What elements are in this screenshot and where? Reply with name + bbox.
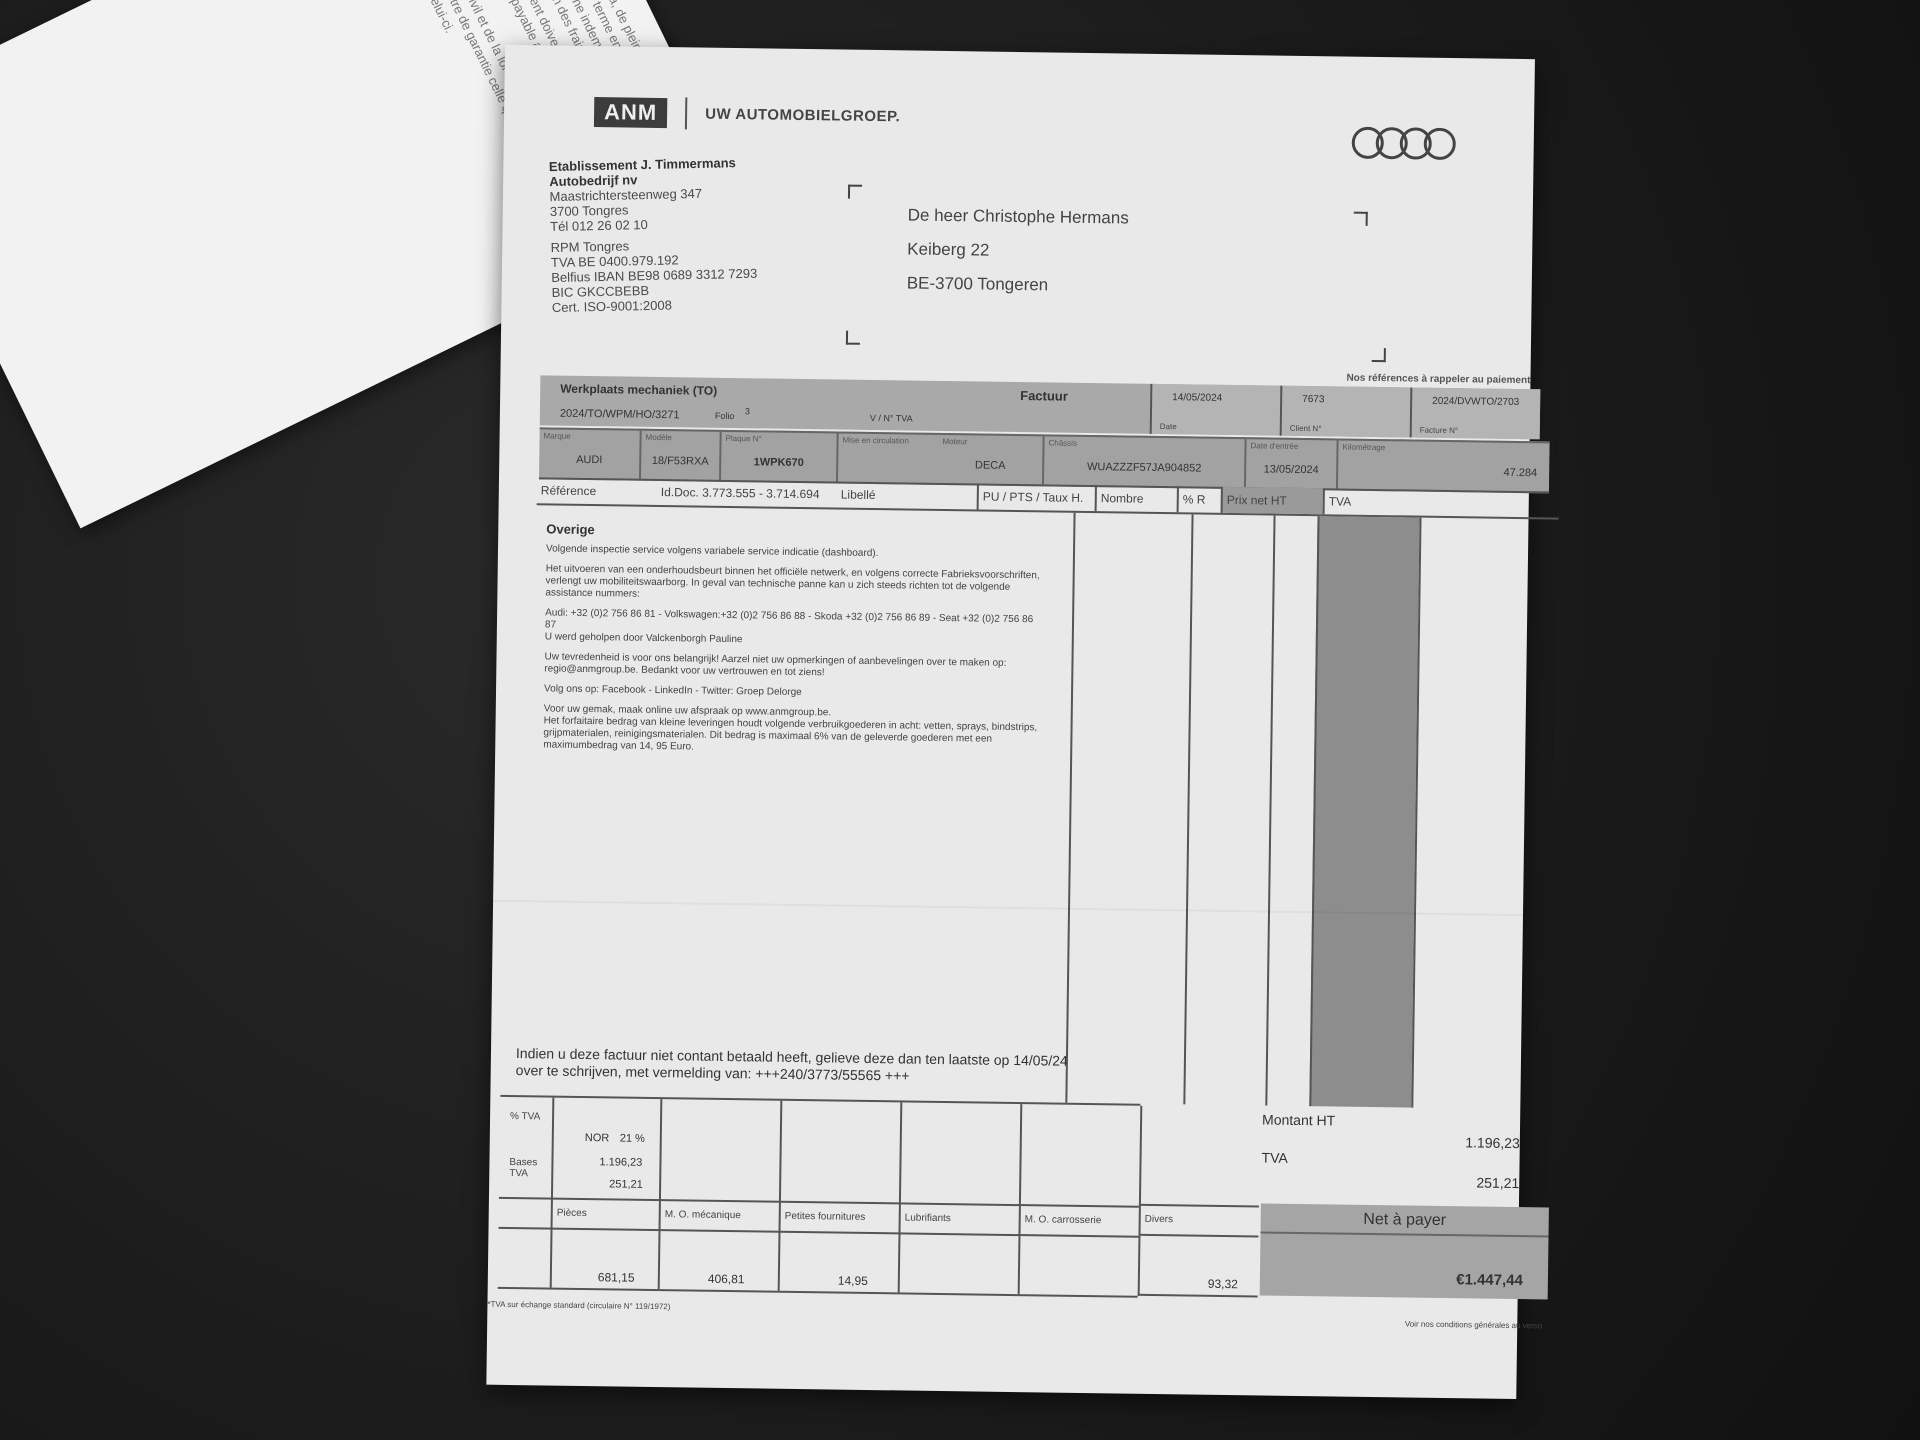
vehicle-make: MarqueAUDI	[539, 429, 642, 478]
amount-ht-label: Montant HT	[1262, 1111, 1335, 1128]
breakdown-value: 14,95	[838, 1274, 868, 1288]
note-line: Volgende inspectie service volgens varia…	[546, 543, 1045, 562]
unit-price-column	[1065, 513, 1191, 1105]
net-amount: €1.447,44	[1456, 1271, 1523, 1289]
vat-base: 1.196,23	[599, 1156, 642, 1169]
tva-amount: 251,21	[1476, 1174, 1519, 1191]
order-reference: 2024/TO/WPM/HO/3271	[560, 408, 680, 422]
divers-cell: Divers 93,32	[1138, 1104, 1261, 1296]
meta-invoice-number: 2024/DVWTO/2703Facture N°	[1410, 387, 1541, 439]
folio-label: Folio	[715, 411, 735, 421]
department: Werkplaats mechaniek (TO)	[560, 382, 717, 398]
vat-number-label: V / N° TVA	[870, 413, 913, 424]
breakdown-value: 406,81	[708, 1272, 745, 1287]
col-unit-price: PU / PTS / Taux H.	[977, 483, 1095, 511]
breakdown-label: Pièces	[557, 1208, 587, 1219]
vehicle-plate: Plaque N°1WPK670	[721, 432, 839, 482]
conditions-note: Voir nos conditions générales au verso	[1405, 1319, 1543, 1330]
note-line: Voor uw gemak, maak online uw afspraak o…	[543, 703, 1043, 758]
addressee-street: Keiberg 22	[907, 239, 1297, 264]
totals: Montant HT 1.196,23 TVA 251,21 Net à pay…	[1260, 1105, 1551, 1299]
vat-pct-label: % TVA	[510, 1111, 540, 1122]
header-logo: ANM UW AUTOMOBIELGROEP.	[594, 96, 901, 132]
footnote: *TVA sur échange standard (circulaire N°…	[487, 1300, 670, 1312]
window-corner	[1354, 212, 1368, 226]
line-description: Overige Volgende inspectie service volge…	[510, 505, 1073, 1103]
meta-client: 7673Client N°	[1280, 386, 1411, 438]
net-price-column	[1309, 516, 1419, 1107]
company-block: Etablissement J. Timmermans Autobedrijf …	[549, 155, 758, 315]
audi-rings-icon	[1360, 127, 1456, 160]
vehicle-registration: Mise en circulation	[838, 434, 939, 483]
note-line: Het uitvoeren van een onderhoudsbeurt bi…	[545, 563, 1044, 606]
line-items: Overige Volgende inspectie service volge…	[510, 505, 1558, 1109]
vehicle-mileage: Kilométrage47.284	[1338, 440, 1550, 491]
col-libelle: Libellé	[837, 481, 977, 509]
breakdown-value: 93,32	[1208, 1277, 1238, 1291]
col-id-doc: Id.Doc. 3.773.555 - 3.714.694	[657, 479, 837, 508]
breakdown-label: M. O. carrosserie	[1025, 1214, 1102, 1226]
vat-rate-code: NOR	[585, 1132, 610, 1144]
col-vat: TVA	[1323, 488, 1559, 517]
logo-divider	[685, 97, 687, 129]
breakdown-label: Petites fournitures	[785, 1211, 866, 1223]
vehicle-model: Modèle18/F53RXA	[641, 431, 722, 480]
anm-logo: ANM	[594, 97, 668, 128]
references-note: Nos références à rappeler au paiement	[1230, 371, 1530, 386]
vat-breakdown: % TVA Bases TVA NOR 21 % 1.196,23 251,21…	[498, 1095, 1141, 1296]
vat-rate: 21 %	[620, 1133, 645, 1145]
addressee-window: De heer Christophe Hermans Keiberg 22 BE…	[876, 185, 1298, 351]
vat-tax: 251,21	[609, 1178, 643, 1190]
vat-bases-label: Bases TVA	[509, 1157, 545, 1180]
note-line: Audi: +32 (0)2 756 86 81 - Volkswagen:+3…	[545, 607, 1044, 650]
note-line: Uw tevredenheid is voor ons belangrijk! …	[544, 651, 1043, 682]
net-label: Net à payer	[1261, 1209, 1549, 1231]
addressee-name: De heer Christophe Hermans	[908, 205, 1298, 230]
window-corner	[846, 331, 860, 345]
document-title: Factuur	[1020, 388, 1068, 404]
company-cert: Cert. ISO-9001:2008	[552, 296, 758, 315]
totals-area: % TVA Bases TVA NOR 21 % 1.196,23 251,21…	[498, 1095, 1551, 1310]
vehicle-entry-date: Date d'entrée13/05/2024	[1246, 439, 1339, 488]
vat-column	[1411, 518, 1558, 1110]
col-discount: % R	[1177, 486, 1221, 513]
breakdown-value: 681,15	[598, 1270, 635, 1285]
meta-date: 14/05/2024Date	[1150, 384, 1281, 436]
breakdown-label: M. O. mécanique	[665, 1209, 741, 1221]
tva-label: TVA	[1261, 1149, 1287, 1165]
amount-ht: 1.196,23	[1465, 1134, 1520, 1151]
vehicle-chassis: ChâssisWUAZZZF57JA904852	[1044, 436, 1247, 487]
invoice-meta: 14/05/2024Date 7673Client N° 2024/DVWTO/…	[1150, 384, 1541, 439]
quantity-column	[1183, 514, 1273, 1105]
vehicle-engine: MoteurDECA	[938, 435, 1045, 484]
col-net-price: Prix net HT	[1221, 487, 1323, 514]
net-to-pay: Net à payer €1.447,44	[1260, 1203, 1549, 1299]
window-corner	[1372, 348, 1386, 362]
window-corner	[848, 185, 862, 199]
tagline: UW AUTOMOBIELGROEP.	[705, 105, 900, 125]
col-quantity: Nombre	[1095, 485, 1177, 512]
breakdown-label: Divers	[1145, 1214, 1173, 1225]
addressee-city: BE-3700 Tongeren	[907, 273, 1297, 298]
note-line: Volg ons op: Facebook - LinkedIn - Twitt…	[544, 683, 1043, 702]
breakdown-label: Lubrifiants	[905, 1213, 951, 1225]
section-title: Overige	[546, 523, 1045, 542]
invoice-sheet: ANM UW AUTOMOBIELGROEP. Etablissement J.…	[486, 45, 1535, 1399]
col-reference: Référence	[537, 477, 657, 505]
folio-value: 3	[745, 406, 750, 416]
